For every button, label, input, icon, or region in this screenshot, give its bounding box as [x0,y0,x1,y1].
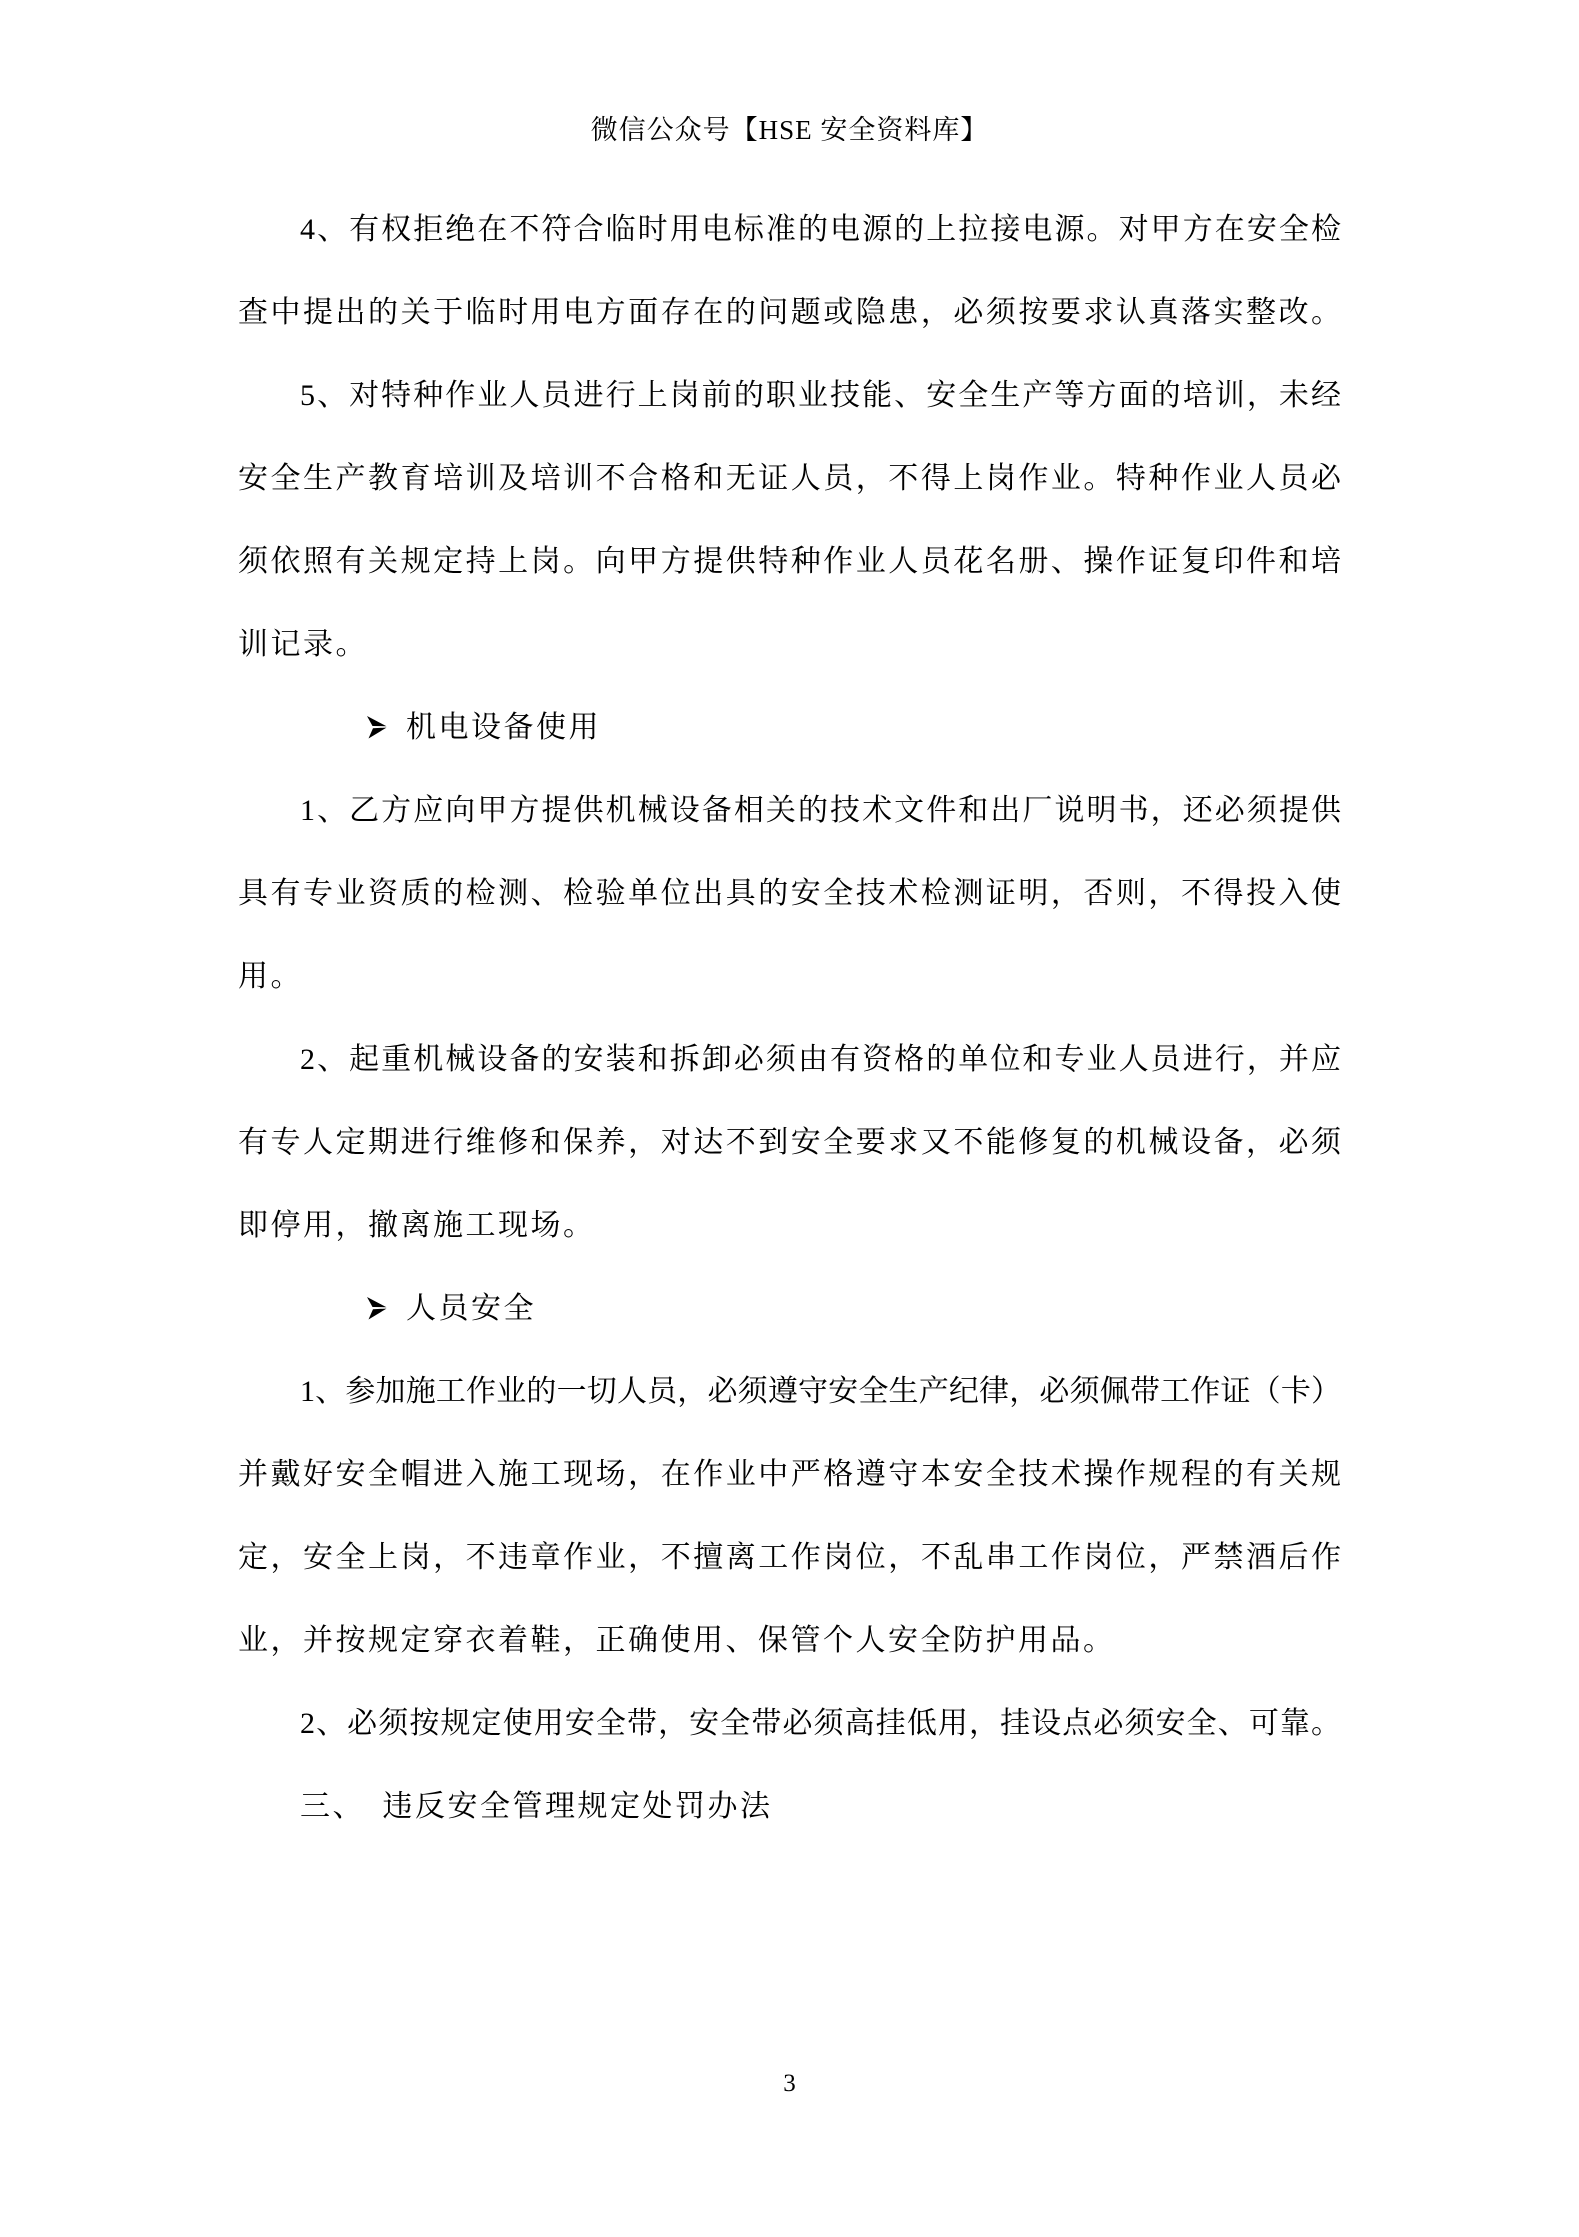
bullet-item: 人员安全 [238,1267,1341,1350]
text-line: 4、有权拒绝在不符合临时用电标准的电源的上拉接电源。对甲方在安全检 [238,188,1341,271]
text-line: 2、必须按规定使用安全带，安全带必须高挂低用，挂设点必须安全、可靠。 [238,1682,1341,1765]
text-line: 并戴好安全帽进入施工现场，在作业中严格遵守本安全技术操作规程的有关规 [238,1433,1341,1516]
text-line: 安全生产教育培训及培训不合格和无证人员，不得上岗作业。特种作业人员必 [238,437,1341,520]
bullet-item: 机电设备使用 [238,686,1341,769]
text-line: 查中提出的关于临时用电方面存在的问题或隐患，必须按要求认真落实整改。 [238,271,1341,354]
text-line: 须依照有关规定持上岗。向甲方提供特种作业人员花名册、操作证复印件和培 [238,520,1341,603]
text-line: 1、参加施工作业的一切人员，必须遵守安全生产纪律，必须佩带工作证（卡） [238,1350,1341,1433]
section-heading: 三、 违反安全管理规定处罚办法 [238,1765,1341,1848]
arrowhead-bullet-icon [365,686,391,769]
arrowhead-bullet-icon [365,1267,391,1350]
bullet-label: 机电设备使用 [406,711,601,744]
text-line: 即停用，撤离施工现场。 [238,1184,1341,1267]
text-line: 2、起重机械设备的安装和拆卸必须由有资格的单位和专业人员进行，并应 [238,1018,1341,1101]
text-line: 用。 [238,935,1341,1018]
text-line: 1、乙方应向甲方提供机械设备相关的技术文件和出厂说明书，还必须提供 [238,769,1341,852]
page-header: 微信公众号【HSE 安全资料库】 [0,108,1579,147]
document-body: 4、有权拒绝在不符合临时用电标准的电源的上拉接电源。对甲方在安全检 查中提出的关… [238,188,1341,1848]
text-line: 定，安全上岗，不违章作业，不擅离工作岗位，不乱串工作岗位，严禁酒后作 [238,1516,1341,1599]
document-page: 微信公众号【HSE 安全资料库】 4、有权拒绝在不符合临时用电标准的电源的上拉接… [0,0,1579,2237]
bullet-label: 人员安全 [406,1292,536,1325]
text-line: 5、对特种作业人员进行上岗前的职业技能、安全生产等方面的培训，未经 [238,354,1341,437]
page-number: 3 [0,2064,1579,2104]
text-line: 训记录。 [238,603,1341,686]
text-line: 具有专业资质的检测、检验单位出具的安全技术检测证明，否则，不得投入使 [238,852,1341,935]
text-line: 业，并按规定穿衣着鞋，正确使用、保管个人安全防护用品。 [238,1599,1341,1682]
text-line: 有专人定期进行维修和保养，对达不到安全要求又不能修复的机械设备，必须 [238,1101,1341,1184]
